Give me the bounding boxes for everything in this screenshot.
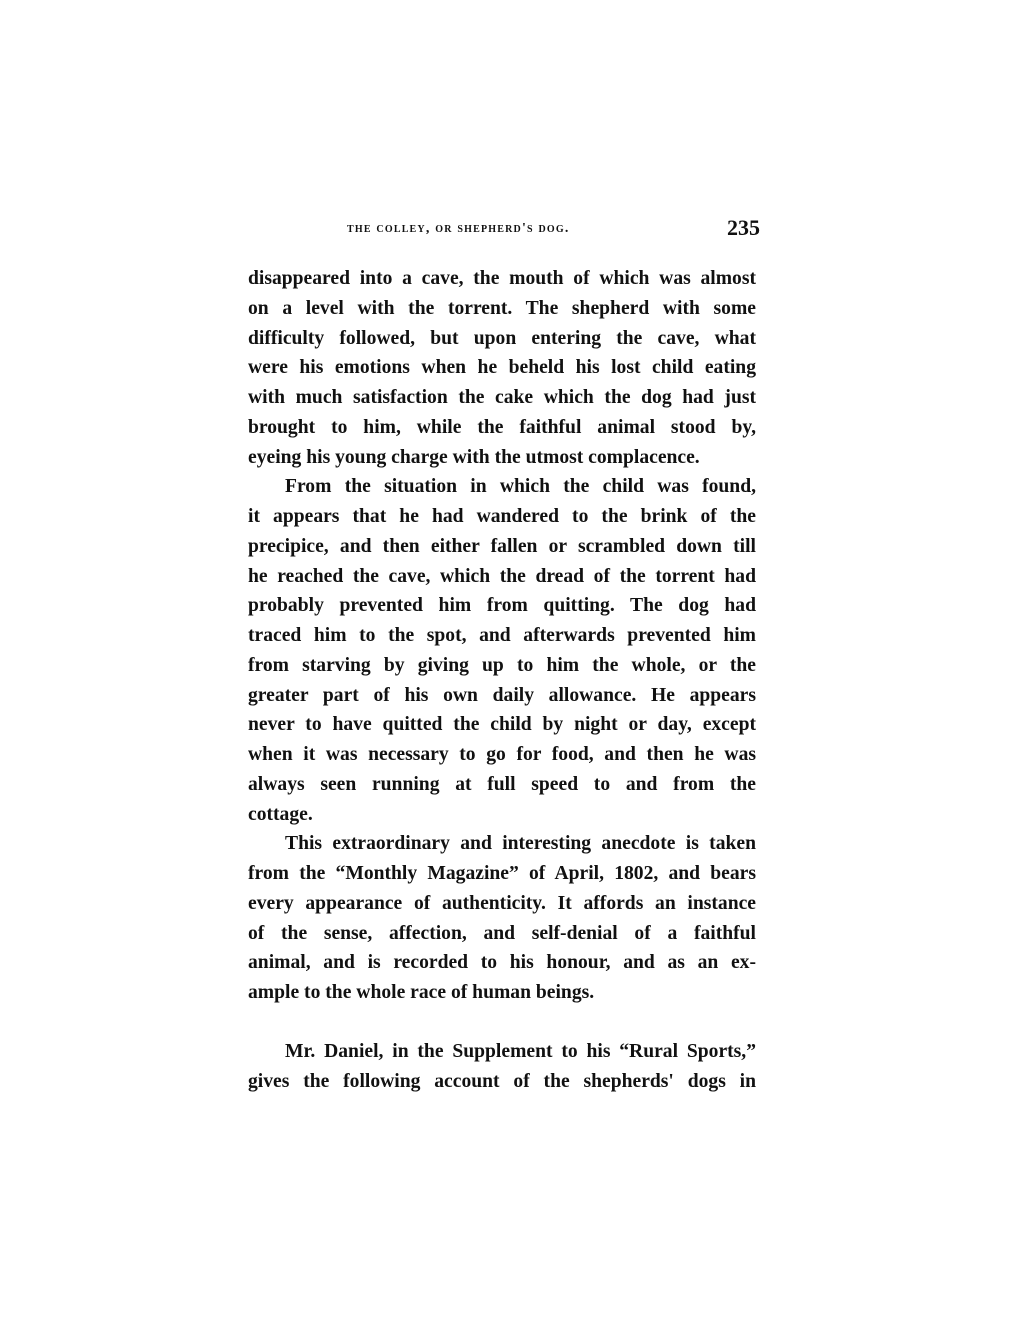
text-line: were his emotions when he beheld his los… [248,353,756,383]
paragraph-mr-daniel: Mr. Daniel, in the Supplement to his “Ru… [248,1037,756,1097]
text-line: ample to the whole race of human beings. [248,978,756,1008]
text-line: gives the following account of the sheph… [248,1067,756,1097]
text-line: he reached the cave, which the dread of … [248,562,756,592]
paragraph-anecdote-source: This extraordinary and interesting anecd… [248,829,756,1008]
text-line: animal, and is recorded to his honour, a… [248,948,756,978]
text-line: traced him to the spot, and afterwards p… [248,621,756,651]
text-line: Mr. Daniel, in the Supplement to his “Ru… [248,1037,756,1067]
section-gap [248,1008,756,1037]
body-text: disappeared into a cave, the mouth of wh… [248,264,756,1096]
text-line: always seen running at full speed to and… [248,770,756,800]
text-line: every appearance of authenticity. It aff… [248,889,756,919]
text-line: never to have quitted the child by night… [248,710,756,740]
text-line: cottage. [248,800,756,830]
text-line: from the “Monthly Magazine” of April, 18… [248,859,756,889]
text-line: greater part of his own daily allowance.… [248,681,756,711]
text-line: from starving by giving up to him the wh… [248,651,756,681]
text-line: eyeing his young charge with the utmost … [248,443,756,473]
paragraph-cave-discovery: disappeared into a cave, the mouth of wh… [248,264,756,472]
text-line: on a level with the torrent. The shepher… [248,294,756,324]
text-line: probably prevented him from quitting. Th… [248,591,756,621]
paragraph-situation: From the situation in which the child wa… [248,472,756,829]
text-line: precipice, and then either fallen or scr… [248,532,756,562]
page-number: 235 [727,215,760,241]
text-line: difficulty followed, but upon entering t… [248,324,756,354]
text-line: brought to him, while the faithful anima… [248,413,756,443]
text-line: From the situation in which the child wa… [248,472,756,502]
text-line: of the sense, affection, and self-denial… [248,919,756,949]
book-page: THE COLLEY, OR SHEPHERD'S DOG. 235 disap… [0,0,1033,1339]
text-line: when it was necessary to go for food, an… [248,740,756,770]
text-line: with much satisfaction the cake which th… [248,383,756,413]
text-line: disappeared into a cave, the mouth of wh… [248,264,756,294]
text-line: it appears that he had wandered to the b… [248,502,756,532]
running-title: THE COLLEY, OR SHEPHERD'S DOG. [347,221,570,237]
running-head: THE COLLEY, OR SHEPHERD'S DOG. 235 [330,215,760,245]
text-line: This extraordinary and interesting anecd… [248,829,756,859]
